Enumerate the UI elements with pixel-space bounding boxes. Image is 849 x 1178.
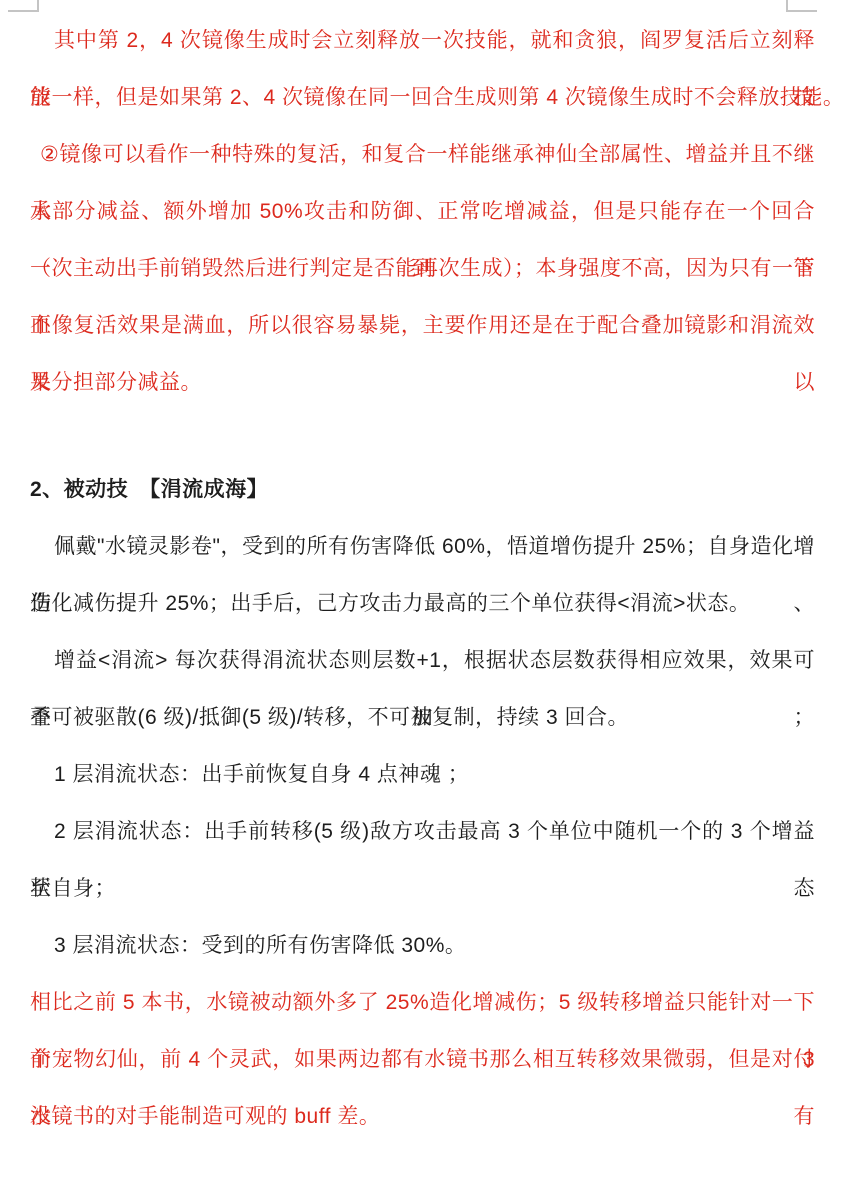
paragraph: 2 层涓流状态：出手前转移(5 级)敌方攻击最高 3 个单位中随机一个的 3 个… bbox=[30, 803, 815, 917]
paragraph: 1 层涓流状态：出手前恢复自身 4 点神魂 ； bbox=[30, 746, 815, 803]
document-page: 其中第 2，4 次镜像生成时会立刻释放一次技能，就和贪狼，阎罗复活后立刻释放技能… bbox=[0, 0, 849, 1145]
heading-line: 2、被动技 【涓流成海】 bbox=[30, 461, 815, 518]
paragraph: 佩戴"水镜灵影卷"，受到的所有伤害降低 60%，悟道增伤提升 25%；自身造化增… bbox=[30, 518, 815, 632]
paragraph: ②镜像可以看作一种特殊的复活，和复合一样能继承神仙全部属性、增益并且不继承大部分… bbox=[30, 126, 815, 411]
text-line: 增益<涓流> 每次获得涓流状态则层数+1，根据状态层数获得相应效果，效果可叠加； bbox=[30, 632, 815, 689]
text-line: 能一样，但是如果第 2、4 次镜像在同一回合生成则第 4 次镜像生成时不会释放技… bbox=[30, 69, 815, 126]
text-line: 1 层涓流状态：出手前恢复自身 4 点神魂 ； bbox=[30, 746, 815, 803]
text-line: 3 层涓流状态：受到的所有伤害降低 30%。 bbox=[30, 917, 815, 974]
text-line: 其中第 2，4 次镜像生成时会立刻释放一次技能，就和贪狼，阎罗复活后立刻释放技 bbox=[30, 12, 815, 69]
text-line: 一次主动出手前销毁然后进行判定是否能再次生成）；本身强度不高，因为只有一管血 bbox=[30, 240, 815, 297]
paragraph: 3 层涓流状态：受到的所有伤害降低 30%。 bbox=[30, 917, 815, 974]
paragraph: 增益<涓流> 每次获得涓流状态则层数+1，根据状态层数获得相应效果，效果可叠加；… bbox=[30, 632, 815, 746]
text-line: 相比之前 5 本书，水镜被动额外多了 25%造化增减伤；5 级转移增益只能针对一… bbox=[30, 974, 815, 1031]
text-line: 个宠物幻仙，前 4 个灵武，如果两边都有水镜书那么相互转移效果微弱，但是对付没有 bbox=[30, 1031, 815, 1088]
paragraph: 相比之前 5 本书，水镜被动额外多了 25%造化增减伤；5 级转移增益只能针对一… bbox=[30, 974, 815, 1145]
text-line: 佩戴"水镜灵影卷"，受到的所有伤害降低 60%，悟道增伤提升 25%；自身造化增… bbox=[30, 518, 815, 575]
text-line: 造化减伤提升 25%；出手后，己方攻击力最高的三个单位获得<涓流>状态。 bbox=[30, 575, 815, 632]
paragraph-spacer bbox=[30, 411, 815, 461]
paragraph: 其中第 2，4 次镜像生成时会立刻释放一次技能，就和贪狼，阎罗复活后立刻释放技能… bbox=[30, 12, 815, 126]
section-heading: 2、被动技 【涓流成海】 bbox=[30, 461, 815, 518]
text-line: 不像复活效果是满血，所以很容易暴毙，主要作用还是在于配合叠加镜影和涓流效果以 bbox=[30, 297, 815, 354]
text-line: ②镜像可以看作一种特殊的复活，和复合一样能继承神仙全部属性、增益并且不继承 bbox=[30, 126, 815, 183]
text-line: 2 层涓流状态：出手前转移(5 级)敌方攻击最高 3 个单位中随机一个的 3 个… bbox=[30, 803, 815, 860]
text-line: 大部分减益、额外增加 50%攻击和防御、正常吃增减益，但是只能存在一个回合（到下 bbox=[30, 183, 815, 240]
